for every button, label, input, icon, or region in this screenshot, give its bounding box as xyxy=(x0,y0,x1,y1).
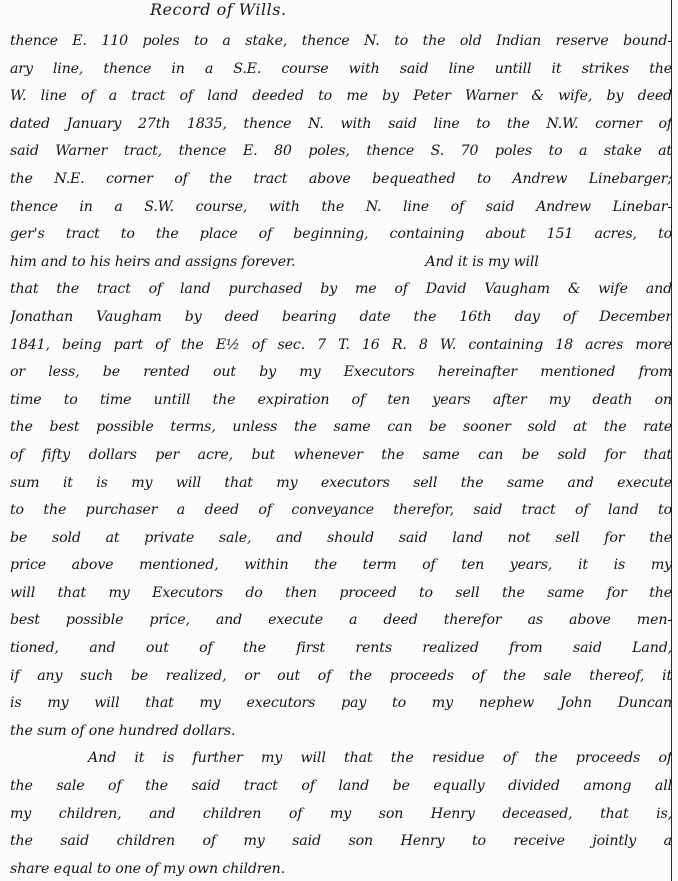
page-header-title: Record of Wills. xyxy=(150,0,287,19)
text-line: if any such be realized, or out of the p… xyxy=(10,663,672,691)
text-line: to the purchaser a deed of conveyance th… xyxy=(10,497,672,525)
text-line: the said children of my said son Henry t… xyxy=(10,828,672,856)
text-line: price above mentioned, within the term o… xyxy=(10,552,672,580)
text-line: best possible price, and execute a deed … xyxy=(10,607,672,635)
text-line: sum it is my will that my executors sell… xyxy=(10,470,672,498)
text-line: dated January 27th 1835, thence N. with … xyxy=(10,111,672,139)
text-line: the sale of the said tract of land be eq… xyxy=(10,773,672,801)
text-line: Jonathan Vaugham by deed bearing date th… xyxy=(10,304,672,332)
text-line: said Warner tract, thence E. 80 poles, t… xyxy=(10,138,672,166)
text-line: will that my Executors do then proceed t… xyxy=(10,580,672,608)
text-line: And it is further my will that the resid… xyxy=(10,745,672,773)
text-line-with-inline-start: him and to his heirs and assigns forever… xyxy=(10,249,672,277)
will-body-text: thence E. 110 poles to a stake, thence N… xyxy=(10,28,672,881)
text-line: or less, be rented out by my Executors h… xyxy=(10,359,672,387)
text-line: 1841, being part of the E½ of sec. 7 T. … xyxy=(10,332,672,360)
text-line: is my will that my executors pay to my n… xyxy=(10,690,672,718)
text-line: the N.E. corner of the tract above beque… xyxy=(10,166,672,194)
document-page: Record of Wills. thence E. 110 poles to … xyxy=(0,0,678,881)
text-line: tioned, and out of the first rents reali… xyxy=(10,635,672,663)
text-line: ger's tract to the place of beginning, c… xyxy=(10,221,672,249)
text-line: W. line of a tract of land deeded to me … xyxy=(10,83,672,111)
text-line: the sum of one hundred dollars. xyxy=(10,718,672,746)
text-line: my children, and children of my son Henr… xyxy=(10,801,672,829)
paragraph-start-text: And it is my will xyxy=(425,254,538,270)
text-line: that the tract of land purchased by me o… xyxy=(10,276,672,304)
text-line: of fifty dollars per acre, but whenever … xyxy=(10,442,672,470)
text-line: be sold at private sale, and should said… xyxy=(10,525,672,553)
paragraph-end-text: him and to his heirs and assigns forever… xyxy=(10,254,295,270)
text-line: share equal to one of my own children. xyxy=(10,856,672,881)
text-line: thence in a S.W. course, with the N. lin… xyxy=(10,194,672,222)
text-line: the best possible terms, unless the same… xyxy=(10,414,672,442)
text-line: time to time untill the expiration of te… xyxy=(10,387,672,415)
text-line: thence E. 110 poles to a stake, thence N… xyxy=(10,28,672,56)
text-line: ary line, thence in a S.E. course with s… xyxy=(10,56,672,84)
